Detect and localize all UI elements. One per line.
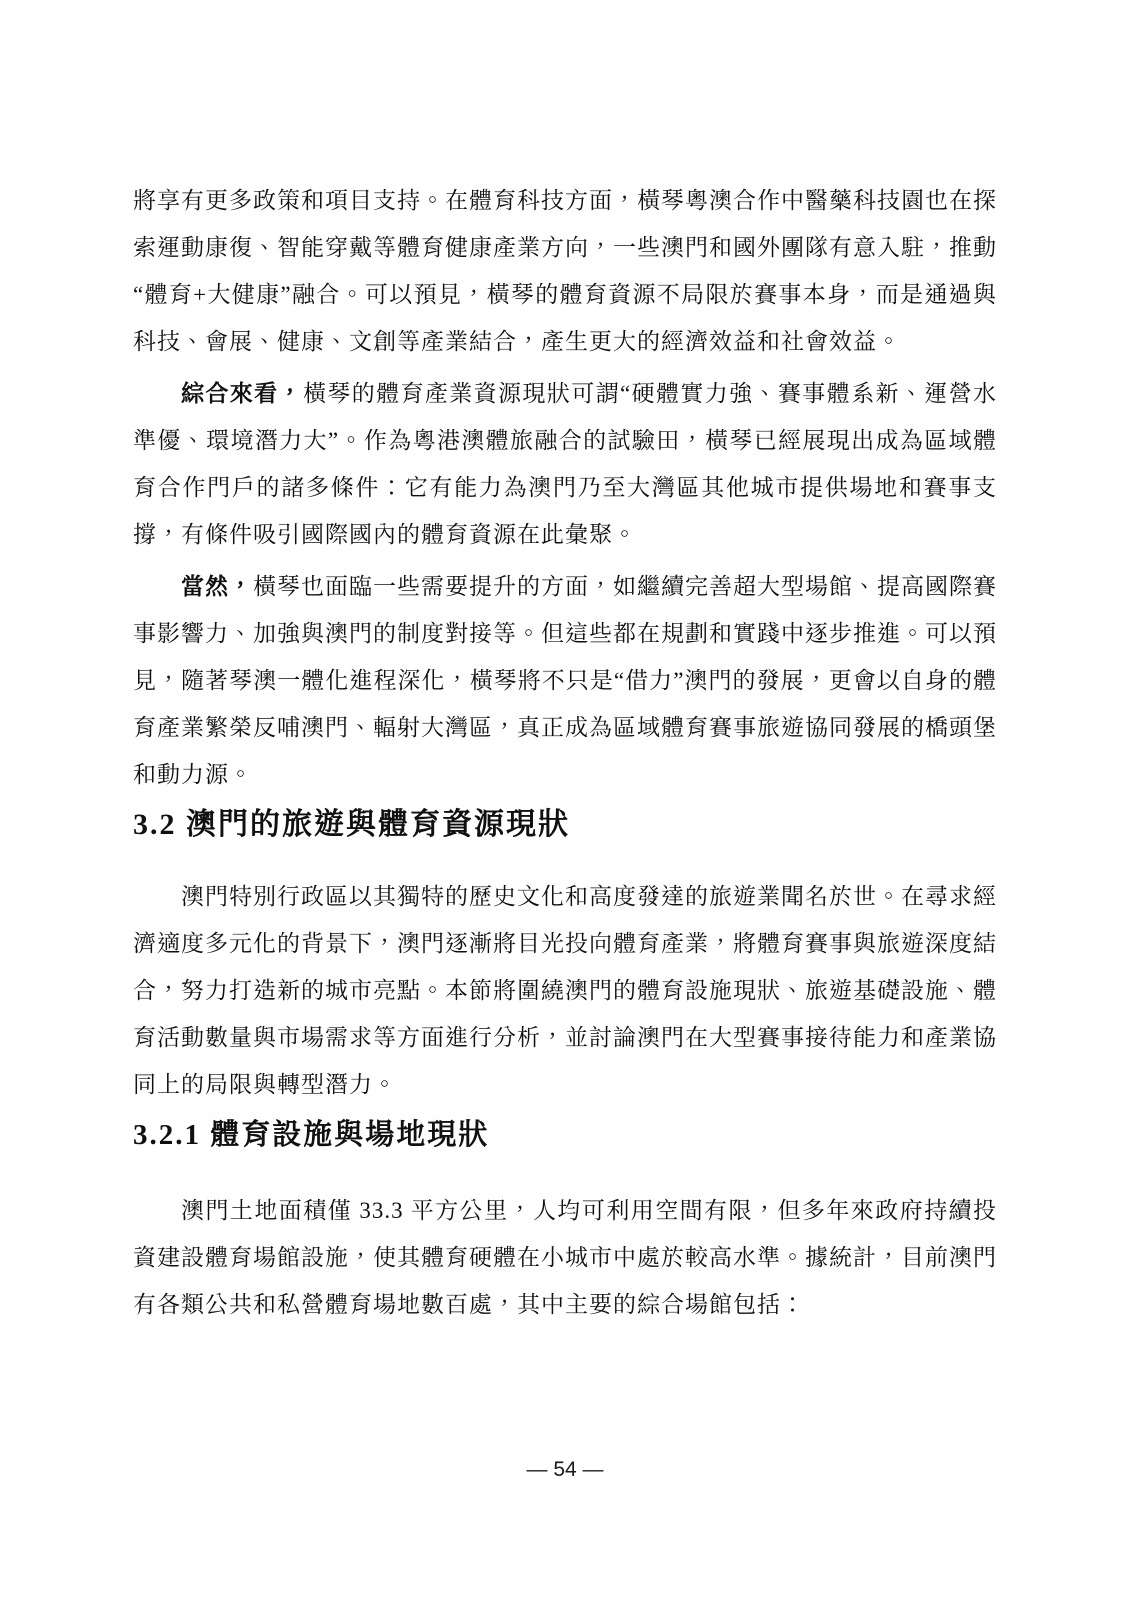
paragraph-summary: 綜合來看，橫琴的體育產業資源現狀可謂“硬體實力強、賽事體系新、運營水準優、環境潛… <box>133 370 997 558</box>
paragraph-text: 橫琴也面臨一些需要提升的方面，如繼續完善超大型場館、提高國際賽事影響力、加強與澳… <box>133 574 997 787</box>
page-content: 將享有更多政策和項目支持。在體育科技方面，橫琴粵澳合作中醫藥科技園也在探索運動康… <box>133 177 997 1333</box>
paragraph-bold-lead: 綜合來看， <box>181 381 303 406</box>
section-heading-3-2: 3.2 澳門的旅遊與體育資源現狀 <box>133 803 997 847</box>
paragraph-caveat: 當然，橫琴也面臨一些需要提升的方面，如繼續完善超大型場館、提高國際賽事影響力、加… <box>133 563 997 798</box>
subsection-heading-3-2-1: 3.2.1 體育設施與場地現狀 <box>133 1113 997 1157</box>
document-page: 將享有更多政策和項目支持。在體育科技方面，橫琴粵澳合作中醫藥科技園也在探索運動康… <box>0 0 1130 1600</box>
paragraph-bold-lead: 當然， <box>181 574 253 599</box>
paragraph-facilities: 澳門土地面積僅 33.3 平方公里，人均可利用空間有限，但多年來政府持續投資建設… <box>133 1187 997 1328</box>
paragraph-continuation: 將享有更多政策和項目支持。在體育科技方面，橫琴粵澳合作中醫藥科技園也在探索運動康… <box>133 177 997 365</box>
paragraph-section-intro: 澳門特別行政區以其獨特的歷史文化和高度發達的旅遊業聞名於世。在尋求經濟適度多元化… <box>133 873 997 1108</box>
page-number: — 54 — <box>0 1458 1130 1482</box>
